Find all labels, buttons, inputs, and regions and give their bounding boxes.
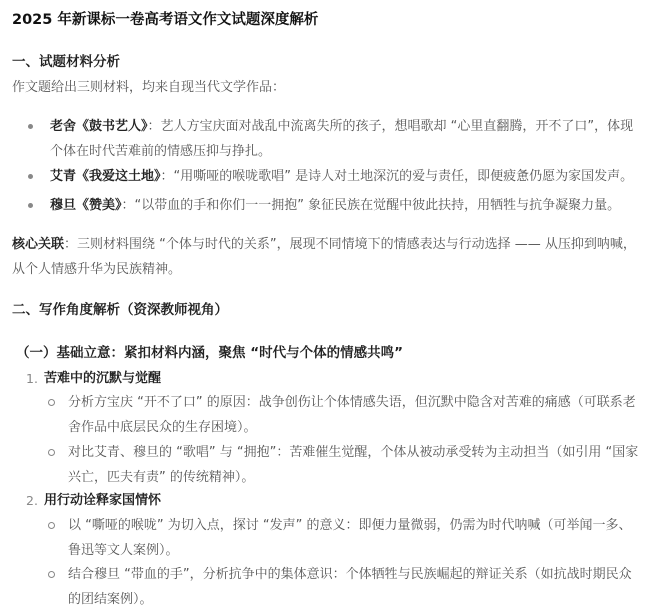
- bullet-icon: [28, 203, 33, 208]
- list-number: 2.: [26, 490, 38, 512]
- section-heading-material-analysis: 一、试题材料分析: [12, 50, 120, 70]
- work-title: 老舍《鼓书艺人》: [50, 119, 148, 134]
- numbered-item-label: 苦难中的沉默与觉醒: [44, 368, 652, 390]
- sub-list-item: 分析方宝庆 “开不了口” 的原因：战争创伤让个体情感失语，但沉默中隐含对苦难的痛…: [12, 390, 652, 440]
- bullet-icon: [28, 174, 33, 179]
- work-title: 艾青《我爱这土地》: [50, 169, 161, 184]
- work-description: ：“以带血的手和你们一一拥抱” 象征民族在觉醒中彼此扶持，用牺牲与抗争凝聚力量。: [122, 198, 621, 213]
- section-heading-writing-angles: 二、写作角度解析（资深教师视角）: [12, 298, 228, 318]
- circle-bullet-icon: [48, 522, 55, 529]
- sub-list-item-text: 对比艾青、穆旦的 “歌唱” 与 “拥抱”：苦难催生觉醒，个体从被动承受转为主动担…: [68, 440, 643, 490]
- sub-list-item-text: 分析方宝庆 “开不了口” 的原因：战争创伤让个体情感失语，但沉默中隐含对苦难的痛…: [68, 390, 643, 440]
- list-item-text: 穆旦《赞美》：“以带血的手和你们一一拥抱” 象征民族在觉醒中彼此扶持，用牺牲与抗…: [50, 193, 645, 218]
- page-title: 2025 年新课标一卷高考语文作文试题深度解析: [12, 8, 318, 29]
- sub-list-item: 对比艾青、穆旦的 “歌唱” 与 “拥抱”：苦难催生觉醒，个体从被动承受转为主动担…: [12, 440, 652, 490]
- sub-list-item: 结合穆旦 “带血的手”，分析抗争中的集体意识：个体牺牲与民族崛起的辩证关系（如抗…: [12, 562, 652, 611]
- numbered-item: 2. 用行动诠释家国情怀: [12, 490, 652, 512]
- core-relation-label: 核心关联: [12, 237, 64, 252]
- intro-text: 作文题给出三则材料，均来自现当代文学作品：: [12, 76, 642, 99]
- core-relation: 核心关联：三则材料围绕 “个体与时代的关系”，展现不同情境下的情感表达与行动选择…: [12, 232, 642, 282]
- list-item: 穆旦《赞美》：“以带血的手和你们一一拥抱” 象征民族在觉醒中彼此扶持，用牺牲与抗…: [12, 193, 652, 218]
- circle-bullet-icon: [48, 449, 55, 456]
- subsection-heading: （一）基础立意：紧扣材料内涵，聚焦 “时代与个体的情感共鸣”: [16, 341, 403, 361]
- sub-list-item: 以 “嘶哑的喉咙” 为切入点，探讨 “发声” 的意义：即便力量微弱，仍需为时代呐…: [12, 513, 652, 563]
- numbered-item-label: 用行动诠释家国情怀: [44, 490, 652, 512]
- sub-list-item-text: 结合穆旦 “带血的手”，分析抗争中的集体意识：个体牺牲与民族崛起的辩证关系（如抗…: [68, 562, 643, 611]
- sub-list-item-text: 以 “嘶哑的喉咙” 为切入点，探讨 “发声” 的意义：即便力量微弱，仍需为时代呐…: [68, 513, 643, 563]
- bullet-icon: [28, 124, 33, 129]
- circle-bullet-icon: [48, 571, 55, 578]
- circle-bullet-icon: [48, 399, 55, 406]
- list-item-text: 老舍《鼓书艺人》：艺人方宝庆面对战乱中流离失所的孩子，想唱歌却 “心里直翻腾，开…: [50, 114, 645, 164]
- list-item-text: 艾青《我爱这土地》：“用嘶哑的喉咙歌唱” 是诗人对土地深沉的爱与责任，即便疲惫仍…: [50, 164, 645, 189]
- list-number: 1.: [26, 368, 38, 390]
- core-relation-text: ：三则材料围绕 “个体与时代的关系”，展现不同情境下的情感表达与行动选择 —— …: [12, 237, 636, 277]
- numbered-item: 1. 苦难中的沉默与觉醒: [12, 368, 652, 390]
- work-title: 穆旦《赞美》: [50, 198, 122, 213]
- work-description: ：“用嘶哑的喉咙歌唱” 是诗人对土地深沉的爱与责任，即便疲惫仍愿为家国发声。: [161, 169, 634, 184]
- list-item: 艾青《我爱这土地》：“用嘶哑的喉咙歌唱” 是诗人对土地深沉的爱与责任，即便疲惫仍…: [12, 164, 652, 189]
- list-item: 老舍《鼓书艺人》：艺人方宝庆面对战乱中流离失所的孩子，想唱歌却 “心里直翻腾，开…: [12, 114, 652, 164]
